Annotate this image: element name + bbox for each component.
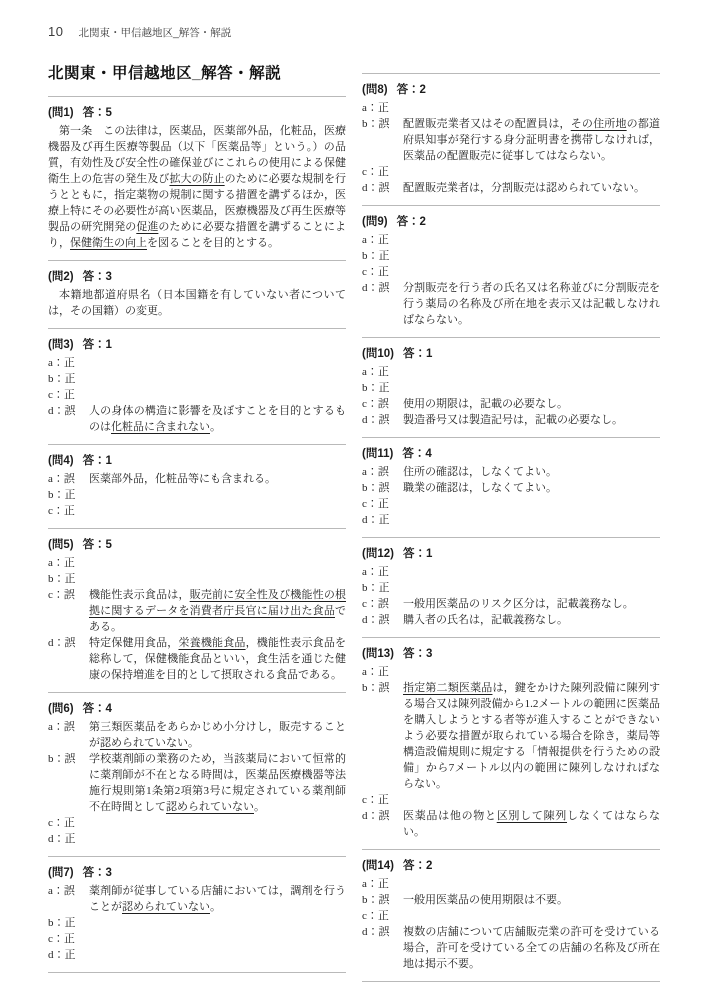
underlined-text: 指定第二類医薬品 — [403, 682, 492, 694]
option-verdict: d：誤 — [362, 280, 403, 328]
answer-option-a: a：正 — [362, 564, 660, 580]
option-verdict: a：正 — [48, 355, 89, 371]
answer-option-a: a：正 — [362, 364, 660, 380]
option-text: 配置販売業者又はその配置員は，その住所地の都道府県知事が発行する身分証明書を携帯… — [403, 116, 660, 164]
column-left-questions: (問1)答：5第一条 この法律は，医薬品，医薬部外品，化粧品，医療機器及び再生医… — [48, 96, 346, 973]
answer-label: 答：2 — [397, 84, 426, 96]
answer-option-b: b：正 — [48, 915, 346, 931]
answer-option-b: b：正 — [48, 371, 346, 387]
option-verdict: c：正 — [48, 931, 89, 947]
option-text: 住所の確認は，しなくてよい。 — [403, 464, 660, 480]
underlined-text: 栄養機能食品 — [178, 637, 245, 649]
question-block-12: (問12)答：1a：正b：正c：誤一般用医薬品のリスク区分は，記載義務なし。d：… — [362, 545, 660, 637]
answer-option-c: c：正 — [362, 164, 660, 180]
option-verdict: c：正 — [48, 503, 89, 519]
answer-option-d: d：誤複数の店舗について店舗販売業の許可を受けている場合，許可を受けている全ての… — [362, 924, 660, 972]
text-segment: 。 — [254, 801, 265, 813]
question-block-5: (問5)答：5a：正b：正c：誤機能性表示食品は，販売前に安全性及び機能性の根拠… — [48, 536, 346, 692]
running-header: 10 北関東・甲信越地区_解答・解説 — [48, 24, 346, 40]
divider — [362, 205, 660, 206]
divider — [362, 73, 660, 74]
page-number: 10 — [48, 24, 63, 39]
answer-option-a: a：誤住所の確認は，しなくてよい。 — [362, 464, 660, 480]
question-header: (問6)答：4 — [48, 700, 346, 716]
question-header: (問4)答：1 — [48, 452, 346, 468]
option-text: 一般用医薬品の使用期限は不要。 — [403, 892, 660, 908]
divider — [48, 528, 346, 529]
answer-label: 答：1 — [403, 348, 432, 360]
answer-option-c: c：誤使用の期限は，記載の必要なし。 — [362, 396, 660, 412]
option-text: 購入者の氏名は，記載義務なし。 — [403, 612, 660, 628]
option-text: 使用の期限は，記載の必要なし。 — [403, 396, 660, 412]
answer-option-c: c：正 — [48, 503, 346, 519]
answer-label: 答：2 — [403, 860, 432, 872]
question-number: (問13) — [362, 648, 394, 660]
text-segment: 一般用医薬品のリスク区分は，記載義務なし。 — [403, 598, 634, 610]
text-segment: を図ることを目的とする。 — [147, 237, 279, 249]
question-number: (問9) — [362, 216, 388, 228]
question-block-6: (問6)答：4a：誤第三類医薬品をあらかじめ小分けし，販売することが認められてい… — [48, 700, 346, 856]
answer-option-a: a：誤医薬部外品，化粧品等にも含まれる。 — [48, 471, 346, 487]
option-verdict: a：正 — [362, 232, 403, 248]
answer-option-b: b：誤指定第二類医薬品は，鍵をかけた陳列設備に陳列する場合又は陳列設備から1.2… — [362, 680, 660, 792]
option-verdict: a：正 — [362, 876, 403, 892]
question-number: (問6) — [48, 703, 74, 715]
option-verdict: c：正 — [362, 496, 403, 512]
divider — [48, 692, 346, 693]
option-text: 人の身体の構造に影響を及ぼすことを目的とするものは化粧品に含まれない。 — [89, 403, 346, 435]
divider — [362, 981, 660, 982]
option-text: 薬剤師が従事している店舗においては，調剤を行うことが認められていない。 — [89, 883, 346, 915]
text-segment: 特定保健用食品， — [89, 637, 178, 649]
text-segment: 。 — [188, 737, 199, 749]
answer-label: 答：1 — [83, 455, 112, 467]
column-left: 10 北関東・甲信越地区_解答・解説 北関東・甲信越地区_解答・解説 (問1)答… — [48, 24, 346, 989]
option-text: 学校薬剤師の業務のため，当該薬局において恒常的に薬剤師が不在となる時間は，医薬品… — [89, 751, 346, 815]
text-segment: 職業の確認は，しなくてよい。 — [403, 482, 557, 494]
question-number: (問4) — [48, 455, 74, 467]
answer-option-c: c：正 — [48, 931, 346, 947]
text-segment: 分割販売を行う者の氏名又は名称並びに分割販売を行う薬局の名称及び所在地を表示又は… — [403, 282, 660, 326]
divider — [48, 328, 346, 329]
answer-option-c: c：誤機能性表示食品は，販売前に安全性及び機能性の根拠に関するデータを消費者庁長… — [48, 587, 346, 635]
option-verdict: b：正 — [48, 487, 89, 503]
answer-option-a: a：誤第三類医薬品をあらかじめ小分けし，販売することが認められていない。 — [48, 719, 346, 751]
option-verdict: b：誤 — [362, 480, 403, 496]
answer-option-d: d：誤製造番号又は製造記号は，記載の必要なし。 — [362, 412, 660, 428]
option-verdict: b：正 — [48, 571, 89, 587]
underlined-text: 保健衛生の向上 — [70, 237, 147, 249]
text-segment: 。 — [210, 901, 221, 913]
answer-option-b: b：正 — [362, 580, 660, 596]
option-verdict: c：正 — [48, 815, 89, 831]
option-verdict: c：正 — [362, 792, 403, 808]
option-verdict: a：正 — [362, 100, 403, 116]
option-verdict: b：誤 — [362, 892, 403, 908]
answer-option-a: a：正 — [362, 100, 660, 116]
answer-label: 答：4 — [402, 448, 431, 460]
option-verdict: c：正 — [362, 264, 403, 280]
question-number: (問3) — [48, 339, 74, 351]
question-block-1: (問1)答：5第一条 この法律は，医薬品，医薬部外品，化粧品，医療機器及び再生医… — [48, 104, 346, 260]
divider — [362, 337, 660, 338]
option-text: 職業の確認は，しなくてよい。 — [403, 480, 660, 496]
text-segment: 複数の店舗について店舗販売業の許可を受けている場合，許可を受けている全ての店舗の… — [403, 926, 660, 970]
text-segment: 本籍地都道府県名（日本国籍を有していない者については，その国籍）の変更。 — [48, 289, 346, 317]
answer-label: 答：5 — [83, 107, 112, 119]
option-verdict: d：正 — [362, 512, 403, 528]
answer-option-b: b：正 — [48, 571, 346, 587]
question-header: (問11)答：4 — [362, 445, 660, 461]
question-block-8: (問8)答：2a：正b：誤配置販売業者又はその配置員は，その住所地の都道府県知事… — [362, 81, 660, 205]
question-number: (問14) — [362, 860, 394, 872]
answer-option-d: d：誤特定保健用食品，栄養機能食品，機能性表示食品を総称して，保健機能食品といい… — [48, 635, 346, 683]
answer-label: 答：1 — [403, 548, 432, 560]
question-explanation: 第一条 この法律は，医薬品，医薬部外品，化粧品，医療機器及び再生医療等製品（以下… — [48, 123, 346, 251]
question-block-3: (問3)答：1a：正b：正c：正d：誤人の身体の構造に影響を及ぼすことを目的とす… — [48, 336, 346, 444]
text-segment: 配置販売業者又はその配置員は， — [403, 118, 571, 130]
question-header: (問2)答：3 — [48, 268, 346, 284]
option-verdict: c：正 — [362, 164, 403, 180]
question-header: (問9)答：2 — [362, 213, 660, 229]
option-verdict: b：正 — [362, 580, 403, 596]
text-segment: 。 — [210, 421, 221, 433]
option-text: 第三類医薬品をあらかじめ小分けし，販売することが認められていない。 — [89, 719, 346, 751]
answer-option-a: a：正 — [362, 232, 660, 248]
running-header-title: 北関東・甲信越地区_解答・解説 — [78, 25, 231, 40]
underlined-text: 拡大の防止 — [169, 173, 224, 185]
question-number: (問7) — [48, 867, 74, 879]
text-segment: 製造番号又は製造記号は，記載の必要なし。 — [403, 414, 623, 426]
option-verdict: a：誤 — [48, 719, 89, 751]
answer-option-a: a：正 — [48, 555, 346, 571]
answer-label: 答：3 — [83, 867, 112, 879]
divider — [362, 637, 660, 638]
answer-option-c: c：正 — [362, 908, 660, 924]
question-header: (問8)答：2 — [362, 81, 660, 97]
question-header: (問10)答：1 — [362, 345, 660, 361]
option-verdict: a：正 — [48, 555, 89, 571]
answer-option-c: c：誤一般用医薬品のリスク区分は，記載義務なし。 — [362, 596, 660, 612]
question-block-10: (問10)答：1a：正b：正c：誤使用の期限は，記載の必要なし。d：誤製造番号又… — [362, 345, 660, 437]
text-segment: は，鍵をかけた陳列設備に陳列する場合又は陳列設備から1.2メートルの範囲に医薬品… — [403, 682, 660, 790]
answer-label: 答：3 — [403, 648, 432, 660]
question-header: (問1)答：5 — [48, 104, 346, 120]
option-verdict: b：正 — [48, 371, 89, 387]
answer-option-b: b：正 — [362, 380, 660, 396]
option-verdict: c：正 — [48, 387, 89, 403]
answer-option-d: d：正 — [48, 947, 346, 963]
page-title: 北関東・甲信越地区_解答・解説 — [48, 61, 346, 83]
question-header: (問7)答：3 — [48, 864, 346, 880]
option-text: 複数の店舗について店舗販売業の許可を受けている場合，許可を受けている全ての店舗の… — [403, 924, 660, 972]
question-header: (問3)答：1 — [48, 336, 346, 352]
option-text: 指定第二類医薬品は，鍵をかけた陳列設備に陳列する場合又は陳列設備から1.2メート… — [403, 680, 660, 792]
underlined-text: 促進 — [136, 221, 158, 233]
option-text: 一般用医薬品のリスク区分は，記載義務なし。 — [403, 596, 660, 612]
answer-option-b: b：正 — [48, 487, 346, 503]
answer-option-d: d：正 — [362, 512, 660, 528]
option-verdict: c：誤 — [362, 596, 403, 612]
answer-option-c: c：正 — [48, 387, 346, 403]
option-text: 製造番号又は製造記号は，記載の必要なし。 — [403, 412, 660, 428]
question-number: (問8) — [362, 84, 388, 96]
answer-option-d: d：正 — [48, 831, 346, 847]
question-header: (問12)答：1 — [362, 545, 660, 561]
answer-option-a: a：誤薬剤師が従事している店舗においては，調剤を行うことが認められていない。 — [48, 883, 346, 915]
option-verdict: a：正 — [362, 364, 403, 380]
question-block-14: (問14)答：2a：正b：誤一般用医薬品の使用期限は不要。c：正d：誤複数の店舗… — [362, 857, 660, 981]
answer-label: 答：3 — [83, 271, 112, 283]
answer-label: 答：5 — [83, 539, 112, 551]
option-verdict: b：誤 — [362, 680, 403, 792]
answer-option-d: d：誤配置販売業者は，分割販売は認められていない。 — [362, 180, 660, 196]
option-verdict: c：正 — [362, 908, 403, 924]
underlined-text: 認められていない — [100, 737, 188, 749]
answer-option-b: b：誤一般用医薬品の使用期限は不要。 — [362, 892, 660, 908]
option-verdict: d：正 — [48, 831, 89, 847]
option-text: 特定保健用食品，栄養機能食品，機能性表示食品を総称して，保健機能食品といい，食生… — [89, 635, 346, 683]
text-segment: 住所の確認は，しなくてよい。 — [403, 466, 557, 478]
column-right: (問8)答：2a：正b：誤配置販売業者又はその配置員は，その住所地の都道府県知事… — [362, 24, 660, 989]
divider — [362, 537, 660, 538]
option-verdict: d：誤 — [48, 635, 89, 683]
two-column-layout: 10 北関東・甲信越地区_解答・解説 北関東・甲信越地区_解答・解説 (問1)答… — [0, 0, 708, 989]
divider — [48, 856, 346, 857]
option-verdict: d：正 — [48, 947, 89, 963]
question-block-4: (問4)答：1a：誤医薬部外品，化粧品等にも含まれる。b：正c：正 — [48, 452, 346, 528]
option-text: 医薬部外品，化粧品等にも含まれる。 — [89, 471, 346, 487]
option-verdict: a：誤 — [48, 471, 89, 487]
question-explanation: 本籍地都道府県名（日本国籍を有していない者については，その国籍）の変更。 — [48, 287, 346, 319]
option-verdict: b：正 — [48, 915, 89, 931]
answer-option-c: c：正 — [362, 264, 660, 280]
option-verdict: a：正 — [362, 564, 403, 580]
text-segment: 医薬部外品，化粧品等にも含まれる。 — [89, 473, 276, 485]
answer-option-a: a：正 — [48, 355, 346, 371]
question-number: (問1) — [48, 107, 74, 119]
question-header: (問14)答：2 — [362, 857, 660, 873]
option-verdict: d：誤 — [362, 612, 403, 628]
underlined-text: 認められていない — [122, 901, 210, 913]
option-text: 医薬品は他の物と区別して陳列しなくてはならない。 — [403, 808, 660, 840]
question-header: (問13)答：3 — [362, 645, 660, 661]
question-number: (問2) — [48, 271, 74, 283]
option-text: 分割販売を行う者の氏名又は名称並びに分割販売を行う薬局の名称及び所在地を表示又は… — [403, 280, 660, 328]
question-block-7: (問7)答：3a：誤薬剤師が従事している店舗においては，調剤を行うことが認められ… — [48, 864, 346, 972]
option-text: 配置販売業者は，分割販売は認められていない。 — [403, 180, 660, 196]
underlined-text: その住所地 — [571, 118, 627, 130]
text-segment: 機能性表示食品は， — [89, 589, 190, 601]
underlined-text: 区別して陳列 — [497, 810, 567, 822]
divider — [48, 260, 346, 261]
answer-label: 答：4 — [83, 703, 112, 715]
option-verdict: c：誤 — [362, 396, 403, 412]
answer-label: 答：2 — [397, 216, 426, 228]
answer-option-a: a：正 — [362, 876, 660, 892]
option-verdict: b：正 — [362, 380, 403, 396]
option-verdict: b：正 — [362, 248, 403, 264]
answer-option-c: c：正 — [48, 815, 346, 831]
page: 10 北関東・甲信越地区_解答・解説 北関東・甲信越地区_解答・解説 (問1)答… — [0, 0, 708, 1000]
answer-option-d: d：誤人の身体の構造に影響を及ぼすことを目的とするものは化粧品に含まれない。 — [48, 403, 346, 435]
option-text: 機能性表示食品は，販売前に安全性及び機能性の根拠に関するデータを消費者庁長官に届… — [89, 587, 346, 635]
option-verdict: d：誤 — [362, 808, 403, 840]
question-block-2: (問2)答：3本籍地都道府県名（日本国籍を有していない者については，その国籍）の… — [48, 268, 346, 328]
option-verdict: d：誤 — [362, 180, 403, 196]
divider — [48, 444, 346, 445]
question-header: (問5)答：5 — [48, 536, 346, 552]
text-segment: 配置販売業者は，分割販売は認められていない。 — [403, 182, 645, 194]
answer-option-b: b：誤職業の確認は，しなくてよい。 — [362, 480, 660, 496]
question-block-9: (問9)答：2a：正b：正c：正d：誤分割販売を行う者の氏名又は名称並びに分割販… — [362, 213, 660, 337]
option-verdict: c：誤 — [48, 587, 89, 635]
divider — [362, 849, 660, 850]
answer-option-b: b：正 — [362, 248, 660, 264]
option-verdict: a：正 — [362, 664, 403, 680]
answer-option-a: a：正 — [362, 664, 660, 680]
answer-option-d: d：誤購入者の氏名は，記載義務なし。 — [362, 612, 660, 628]
answer-option-d: d：誤分割販売を行う者の氏名又は名称並びに分割販売を行う薬局の名称及び所在地を表… — [362, 280, 660, 328]
underlined-text: 化粧品に含まれない — [111, 421, 210, 433]
text-segment: 一般用医薬品の使用期限は不要。 — [403, 894, 568, 906]
option-verdict: a：誤 — [48, 883, 89, 915]
answer-option-b: b：誤学校薬剤師の業務のため，当該薬局において恒常的に薬剤師が不在となる時間は，… — [48, 751, 346, 815]
question-block-13: (問13)答：3a：正b：誤指定第二類医薬品は，鍵をかけた陳列設備に陳列する場合… — [362, 645, 660, 849]
divider — [362, 437, 660, 438]
divider — [48, 972, 346, 973]
answer-option-c: c：正 — [362, 792, 660, 808]
option-verdict: b：誤 — [362, 116, 403, 164]
option-verdict: d：誤 — [48, 403, 89, 435]
option-verdict: b：誤 — [48, 751, 89, 815]
option-verdict: d：誤 — [362, 924, 403, 972]
column-right-questions: (問8)答：2a：正b：誤配置販売業者又はその配置員は，その住所地の都道府県知事… — [362, 73, 660, 982]
option-verdict: a：誤 — [362, 464, 403, 480]
question-block-11: (問11)答：4a：誤住所の確認は，しなくてよい。b：誤職業の確認は，しなくてよ… — [362, 445, 660, 537]
text-segment: 購入者の氏名は，記載義務なし。 — [403, 614, 568, 626]
option-verdict: d：誤 — [362, 412, 403, 428]
underlined-text: 認められていない — [166, 801, 254, 813]
text-segment: 医薬品は他の物と — [403, 810, 497, 822]
answer-option-c: c：正 — [362, 496, 660, 512]
question-number: (問5) — [48, 539, 74, 551]
question-number: (問11) — [362, 448, 393, 460]
question-number: (問10) — [362, 348, 394, 360]
text-segment: 使用の期限は，記載の必要なし。 — [403, 398, 568, 410]
divider — [48, 96, 346, 97]
question-number: (問12) — [362, 548, 394, 560]
answer-option-d: d：誤医薬品は他の物と区別して陳列しなくてはならない。 — [362, 808, 660, 840]
answer-label: 答：1 — [83, 339, 112, 351]
answer-option-b: b：誤配置販売業者又はその配置員は，その住所地の都道府県知事が発行する身分証明書… — [362, 116, 660, 164]
